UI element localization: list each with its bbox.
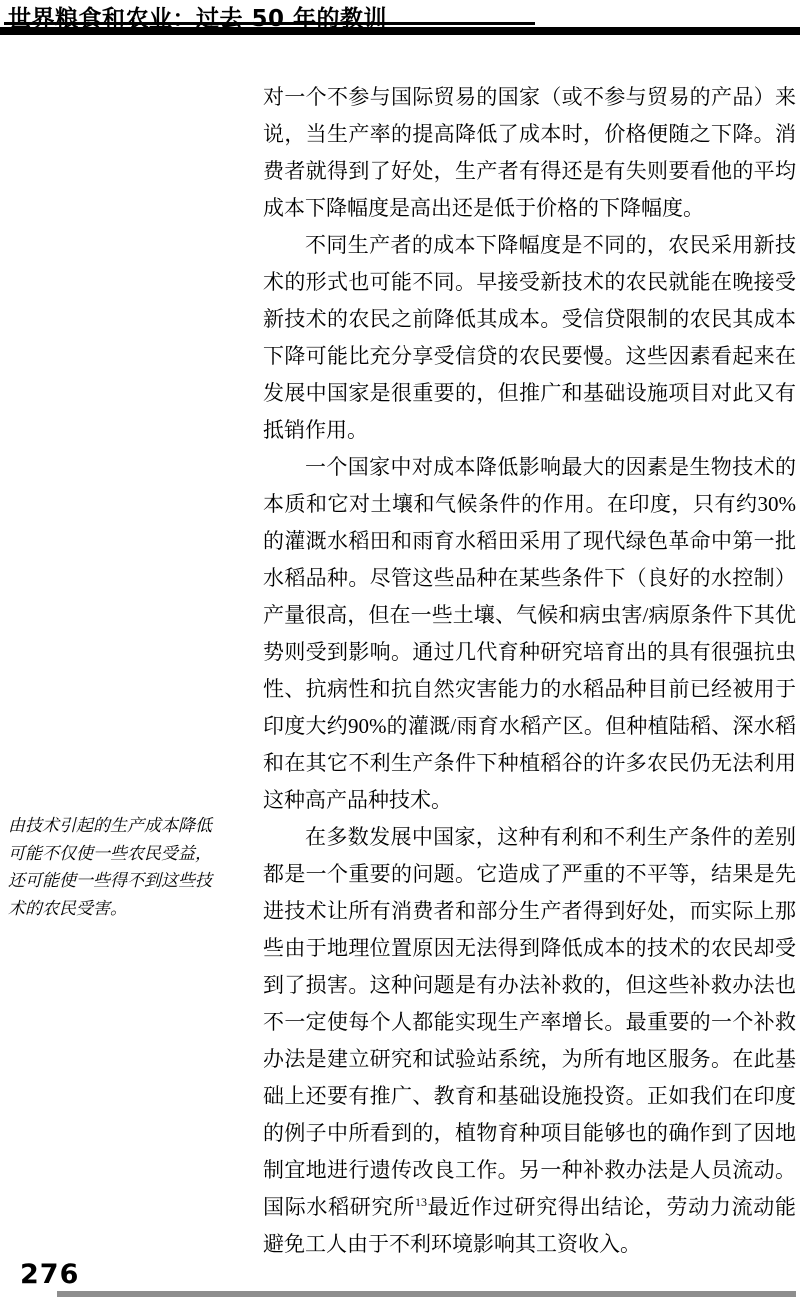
bottom-page-edge-rule [57, 1291, 796, 1297]
header-thick-rule [0, 27, 800, 35]
page-number: 276 [20, 1259, 79, 1290]
header-thin-rule [4, 22, 535, 25]
body-text-column: 对一个不参与国际贸易的国家（或不参与贸易的产品）来说，当生产率的提高降低了成本时… [263, 79, 796, 1263]
paragraph-1: 对一个不参与国际贸易的国家（或不参与贸易的产品）来说，当生产率的提高降低了成本时… [263, 79, 796, 227]
paragraph-2: 不同生产者的成本下降幅度是不同的，农民采用新技术的形式也可能不同。早接受新技术的… [263, 227, 796, 449]
book-page: { "page": { "header": { "title": "世界粮食和农… [0, 0, 800, 1297]
paragraph-4-text-before-footnote: 在多数发展中国家，这种有利和不利生产条件的差别都是一个重要的问题。它造成了严重的… [263, 825, 796, 1219]
footnote-reference-13: 13 [415, 1195, 427, 1209]
margin-note: 由技术引起的生产成本降低可能不仅使一些农民受益，还可能使一些得不到这些技术的农民… [8, 812, 228, 922]
paragraph-3: 一个国家中对成本降低影响最大的因素是生物技术的本质和它对土壤和气候条件的作用。在… [263, 449, 796, 819]
paragraph-4: 在多数发展中国家，这种有利和不利生产条件的差别都是一个重要的问题。它造成了严重的… [263, 819, 796, 1263]
